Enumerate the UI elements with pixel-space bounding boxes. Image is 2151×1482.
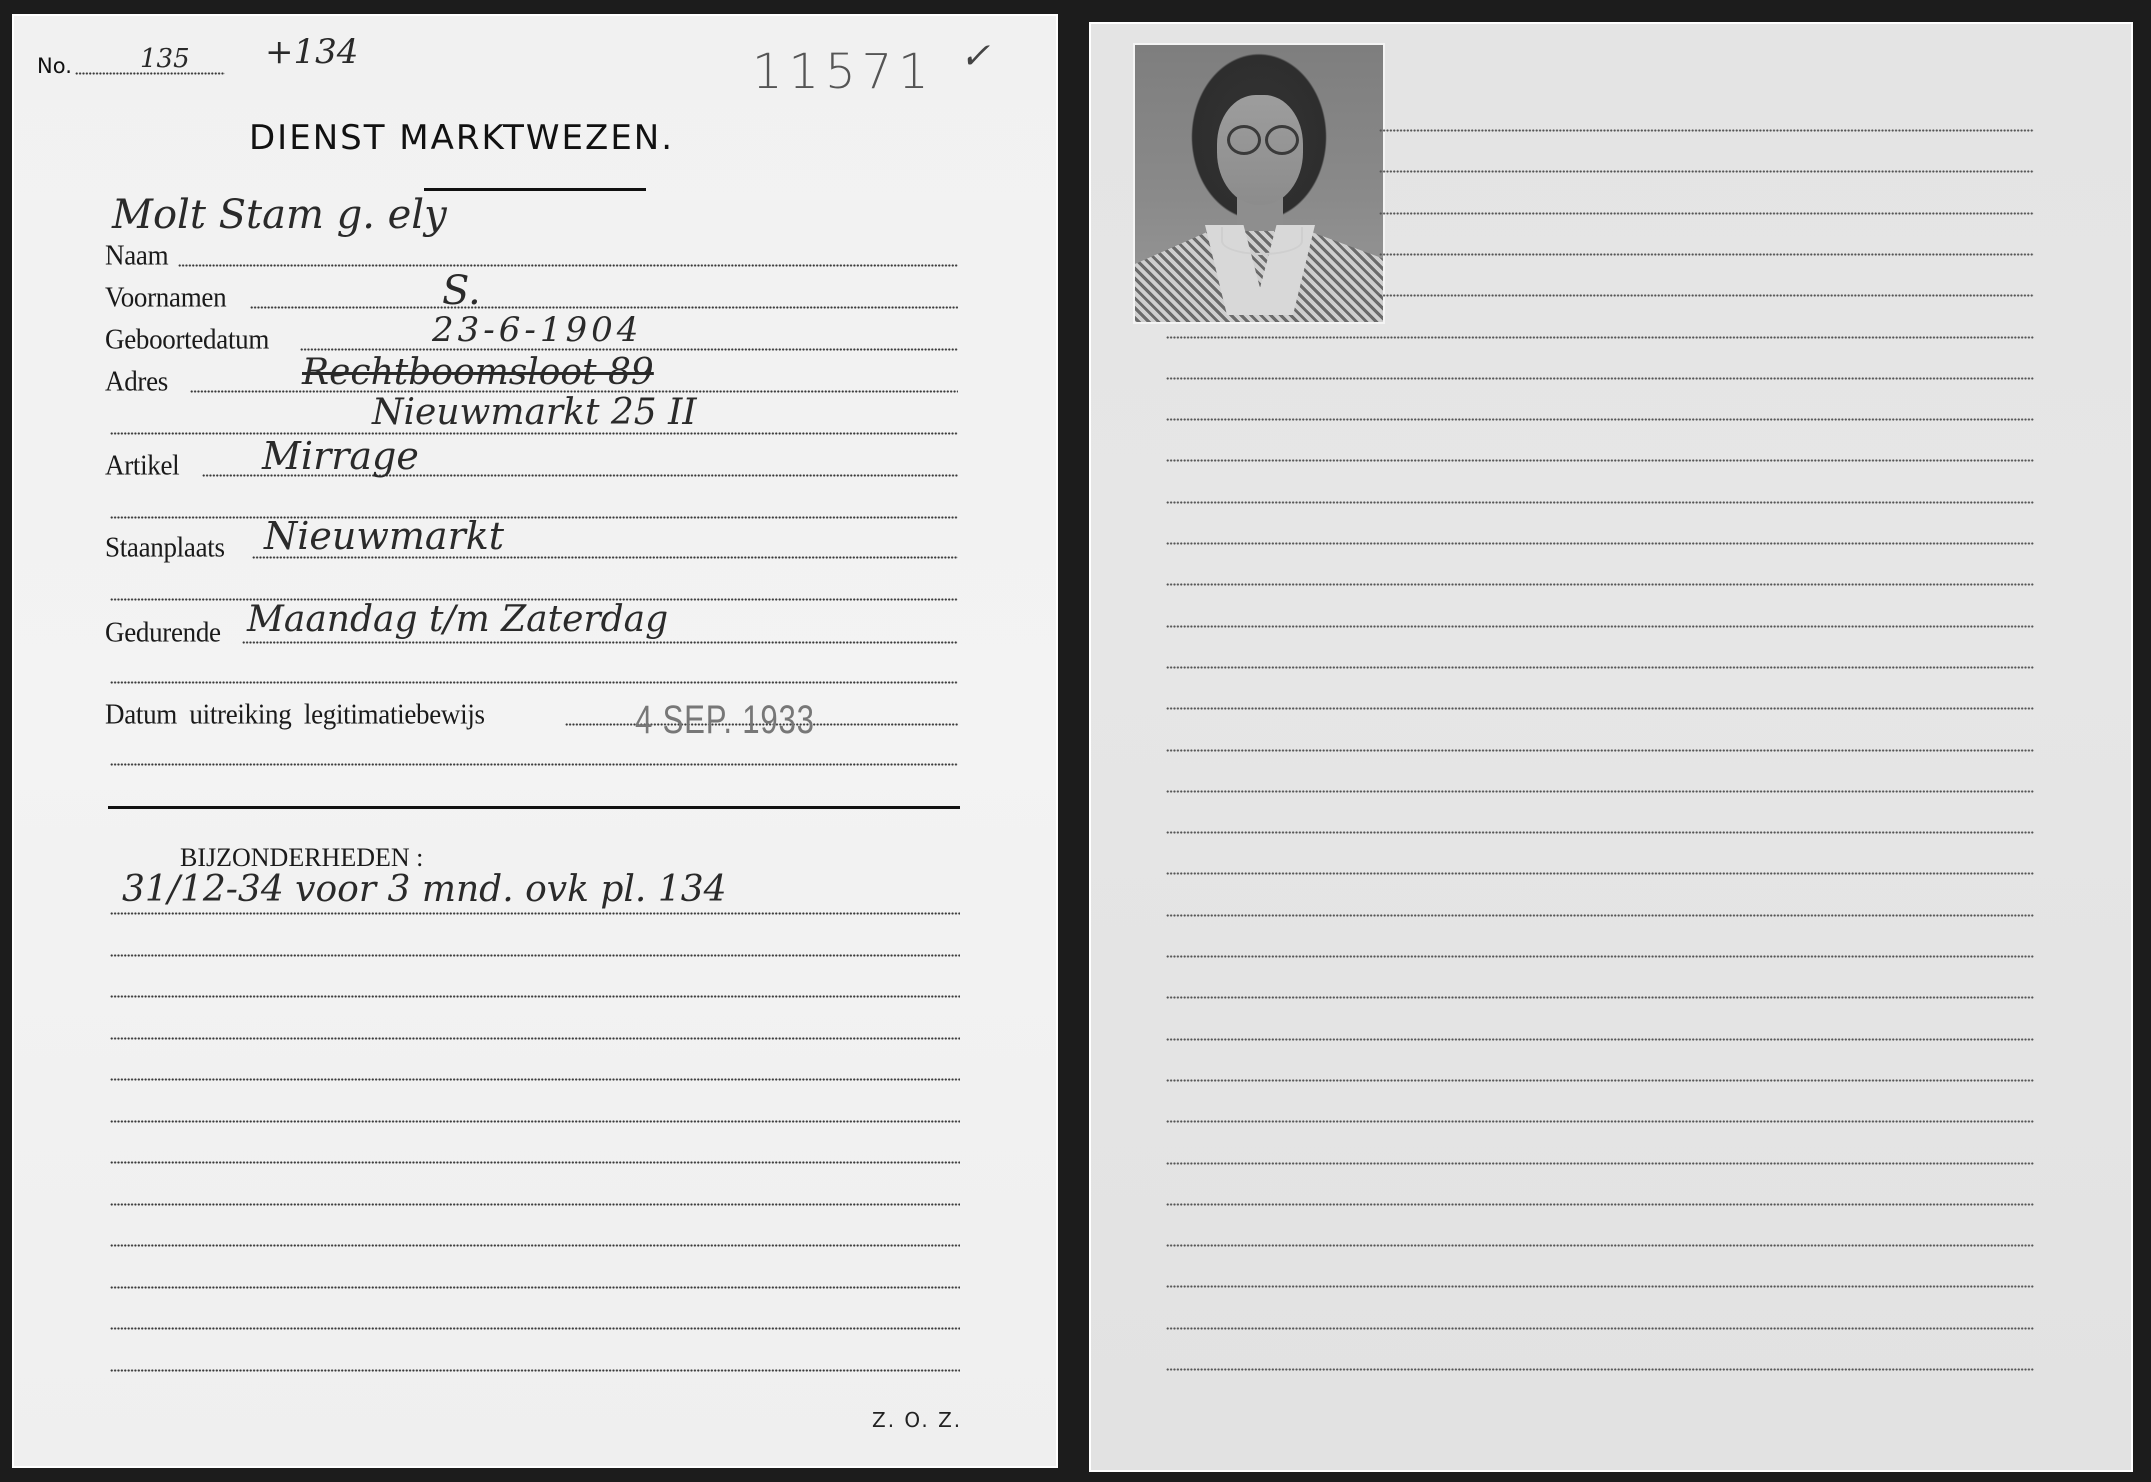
naam-line [178, 264, 958, 267]
card-front: No. 135 +134 11571 ✓ DIENST MARKTWEZEN. … [12, 14, 1058, 1468]
staanplaats-value[interactable]: Nieuwmarkt [264, 514, 504, 558]
back-ruled-line [1166, 1162, 2034, 1165]
adres-label: Adres [105, 365, 168, 398]
artikel-label: Artikel [105, 449, 179, 482]
notes-line [110, 1120, 960, 1123]
staanplaats-label: Staanplaats [105, 531, 225, 564]
artikel-value[interactable]: Mirrage [262, 434, 419, 478]
notes-line [110, 1161, 960, 1164]
back-ruled-line [1166, 1244, 2034, 1247]
naam-value[interactable]: Molt Stam g. ely [112, 192, 447, 238]
date-stamp: 4 SEP. 1933 [635, 698, 815, 743]
back-ruled-line [1166, 1120, 2034, 1123]
voornamen-label: Voornamen [105, 281, 226, 314]
back-ruled-line [1166, 996, 2034, 999]
bijzonderheden-entry[interactable]: 31/12-34 voor 3 mnd. ovk pl. 134 [122, 869, 727, 910]
notes-line [110, 1369, 960, 1372]
back-ruled-line [1166, 625, 2034, 628]
notes-line [110, 1037, 960, 1040]
artikel-line-2 [110, 516, 958, 519]
notes-line [110, 1203, 960, 1206]
number-value: 135 [140, 44, 190, 74]
notes-line [110, 912, 960, 915]
gedurende-value[interactable]: Maandag t/m Zaterdag [247, 599, 668, 640]
notes-line [110, 1327, 960, 1330]
portrait-photo [1135, 45, 1383, 322]
back-ruled-line [1166, 749, 2034, 752]
footer-zoz: Z. O. Z. [872, 1408, 962, 1432]
gedurende-line [242, 641, 958, 644]
back-ruled-line [1379, 253, 2034, 256]
geboortedatum-value[interactable]: 23-6-1904 [432, 310, 642, 350]
geboortedatum-label: Geboortedatum [105, 323, 269, 356]
back-ruled-line [1166, 666, 2034, 669]
notes-line [110, 954, 960, 957]
back-ruled-line [1379, 129, 2034, 132]
back-ruled-line [1166, 1285, 2034, 1288]
voornamen-line [250, 306, 958, 309]
back-ruled-line [1166, 831, 2034, 834]
adres-value[interactable]: Nieuwmarkt 25 II [372, 392, 697, 433]
card-back [1089, 22, 2133, 1472]
back-ruled-line [1166, 418, 2034, 421]
back-ruled-line [1166, 790, 2034, 793]
datum-uitreiking-label: Datum uitreiking legitimatiebewijs [105, 698, 485, 731]
adres-old-value: Rechtboomsloot 89 [302, 352, 654, 393]
number-label: No. [37, 54, 72, 78]
back-ruled-line [1166, 583, 2034, 586]
back-ruled-line [1166, 1327, 2034, 1330]
back-ruled-line [1166, 1368, 2034, 1371]
back-ruled-line [1379, 294, 2034, 297]
back-ruled-line [1166, 955, 2034, 958]
notes-line [110, 1286, 960, 1289]
back-ruled-line [1166, 542, 2034, 545]
glasses-icon [1227, 125, 1261, 155]
page-title: DIENST MARKTWEZEN. [249, 118, 674, 158]
back-ruled-line [1379, 212, 2034, 215]
naam-label: Naam [105, 239, 168, 272]
datum-line-2 [110, 763, 958, 766]
back-ruled-line [1166, 914, 2034, 917]
back-ruled-line [1166, 501, 2034, 504]
back-ruled-line [1166, 459, 2034, 462]
title-underline [424, 188, 646, 191]
back-ruled-line [1166, 1203, 2034, 1206]
notes-line [110, 1244, 960, 1247]
voornamen-value[interactable]: S. [442, 268, 481, 314]
archive-number: 11571 [752, 44, 935, 100]
check-mark-icon: ✓ [960, 36, 990, 77]
back-ruled-line [1166, 707, 2034, 710]
back-ruled-line [1166, 377, 2034, 380]
notes-line [110, 1078, 960, 1081]
notes-line [110, 995, 960, 998]
section-divider [108, 806, 960, 809]
back-ruled-line [1166, 336, 2034, 339]
back-ruled-line [1379, 170, 2034, 173]
back-ruled-line [1166, 1038, 2034, 1041]
gedurende-line-2 [110, 681, 958, 684]
gedurende-label: Gedurende [105, 616, 221, 649]
back-ruled-line [1166, 1079, 2034, 1082]
back-ruled-line [1166, 872, 2034, 875]
number-extra: +134 [265, 32, 358, 72]
